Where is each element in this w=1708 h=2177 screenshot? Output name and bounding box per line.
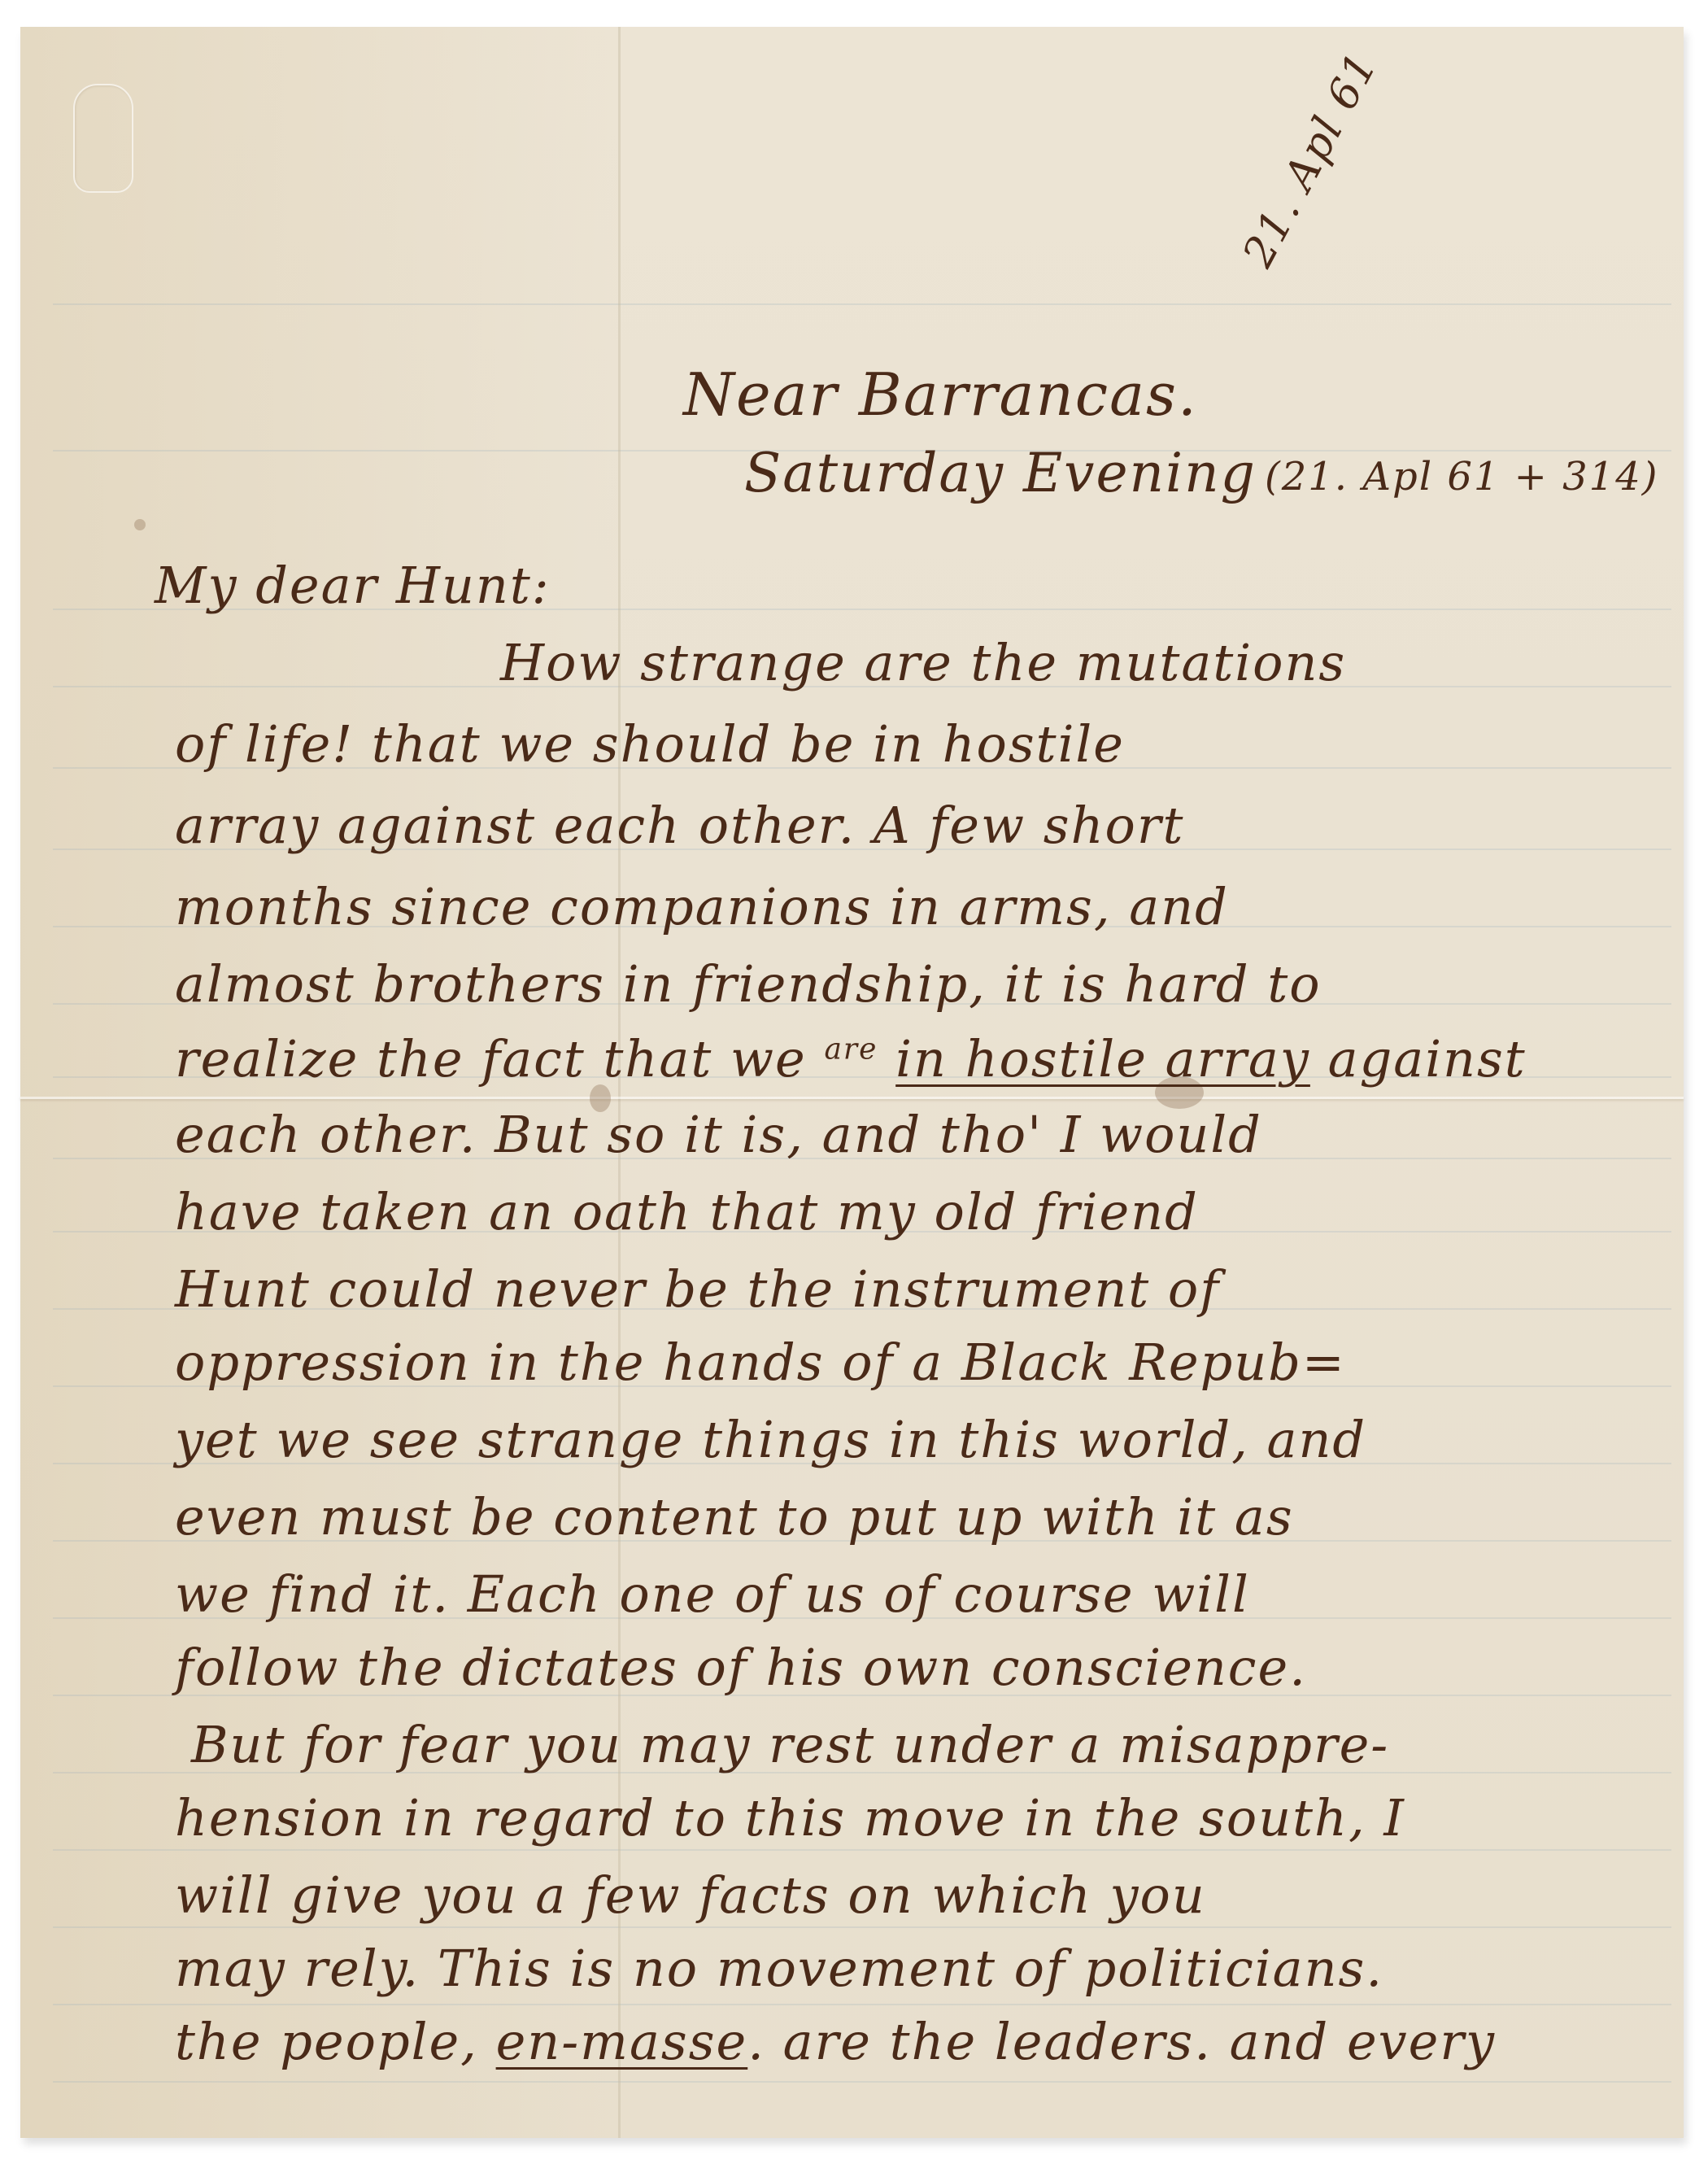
underlined-phrase: in hostile array <box>895 1029 1310 1088</box>
body-line-4: months since companions in arms, and <box>175 877 1229 936</box>
salutation: My dear Hunt: <box>155 556 551 615</box>
heading-place: Near Barrancas. <box>683 360 1198 429</box>
body-line-9: Hunt could never be the instrument of <box>175 1259 1220 1319</box>
horizontal-fold <box>20 1097 1684 1099</box>
ruled-line <box>53 1926 1671 1928</box>
body-line-15: But for fear you may rest under a misapp… <box>191 1715 1389 1774</box>
body-line-12: even must be content to put up with it a… <box>175 1487 1294 1547</box>
body-line-17: will give you a few facts on which you <box>175 1865 1206 1925</box>
ruled-line <box>53 303 1671 305</box>
body-line-8: have taken an oath that my old friend <box>175 1182 1199 1241</box>
body-line-6: realize the fact that we are in hostile … <box>175 1029 1527 1088</box>
body-line-14: follow the dictates of his own conscienc… <box>175 1638 1307 1697</box>
body-line-10: oppression in the hands of a Black Repub… <box>175 1333 1346 1392</box>
ruled-line <box>53 1849 1671 1851</box>
body-line-2: of life! that we should be in hostile <box>175 714 1125 774</box>
body-line-1: How strange are the mutations <box>500 633 1346 692</box>
letter-page: 21. Apl 61 Near Barrancas. Saturday Even… <box>20 27 1684 2138</box>
ink-blot <box>134 519 146 530</box>
body-line-7: each other. But so it is, and tho' I wou… <box>175 1105 1262 1164</box>
body-line-13: we find it. Each one of us of course wil… <box>175 1564 1250 1624</box>
body-line-19-start: the people, <box>175 2012 478 2071</box>
body-line-6-end: against <box>1328 1029 1527 1088</box>
body-line-18: may rely. This is no movement of politic… <box>175 1939 1383 1998</box>
body-line-16: hension in regard to this move in the so… <box>175 1788 1405 1848</box>
body-line-19: the people, en-masse. are the leaders. a… <box>175 2012 1496 2071</box>
body-line-19-end: . are the leaders. and every <box>747 2012 1496 2071</box>
body-line-5: almost brothers in friendship, it is har… <box>175 954 1322 1014</box>
ruled-line <box>53 2081 1671 2083</box>
ruled-line <box>53 2004 1671 2005</box>
embossed-stamp-icon <box>73 84 133 193</box>
heading-day: Saturday Evening <box>744 442 1257 504</box>
heading-archival-date: (21. Apl 61 + 314) <box>1265 454 1658 500</box>
body-line-11: yet we see strange things in this world,… <box>175 1410 1366 1469</box>
archival-notation: 21. Apl 61 <box>1234 44 1388 275</box>
body-line-3: array against each other. A few short <box>175 796 1184 855</box>
body-line-6-start: realize the fact that we <box>175 1029 807 1088</box>
underlined-phrase: en-masse <box>496 2012 748 2071</box>
inserted-word: are <box>824 1032 878 1066</box>
